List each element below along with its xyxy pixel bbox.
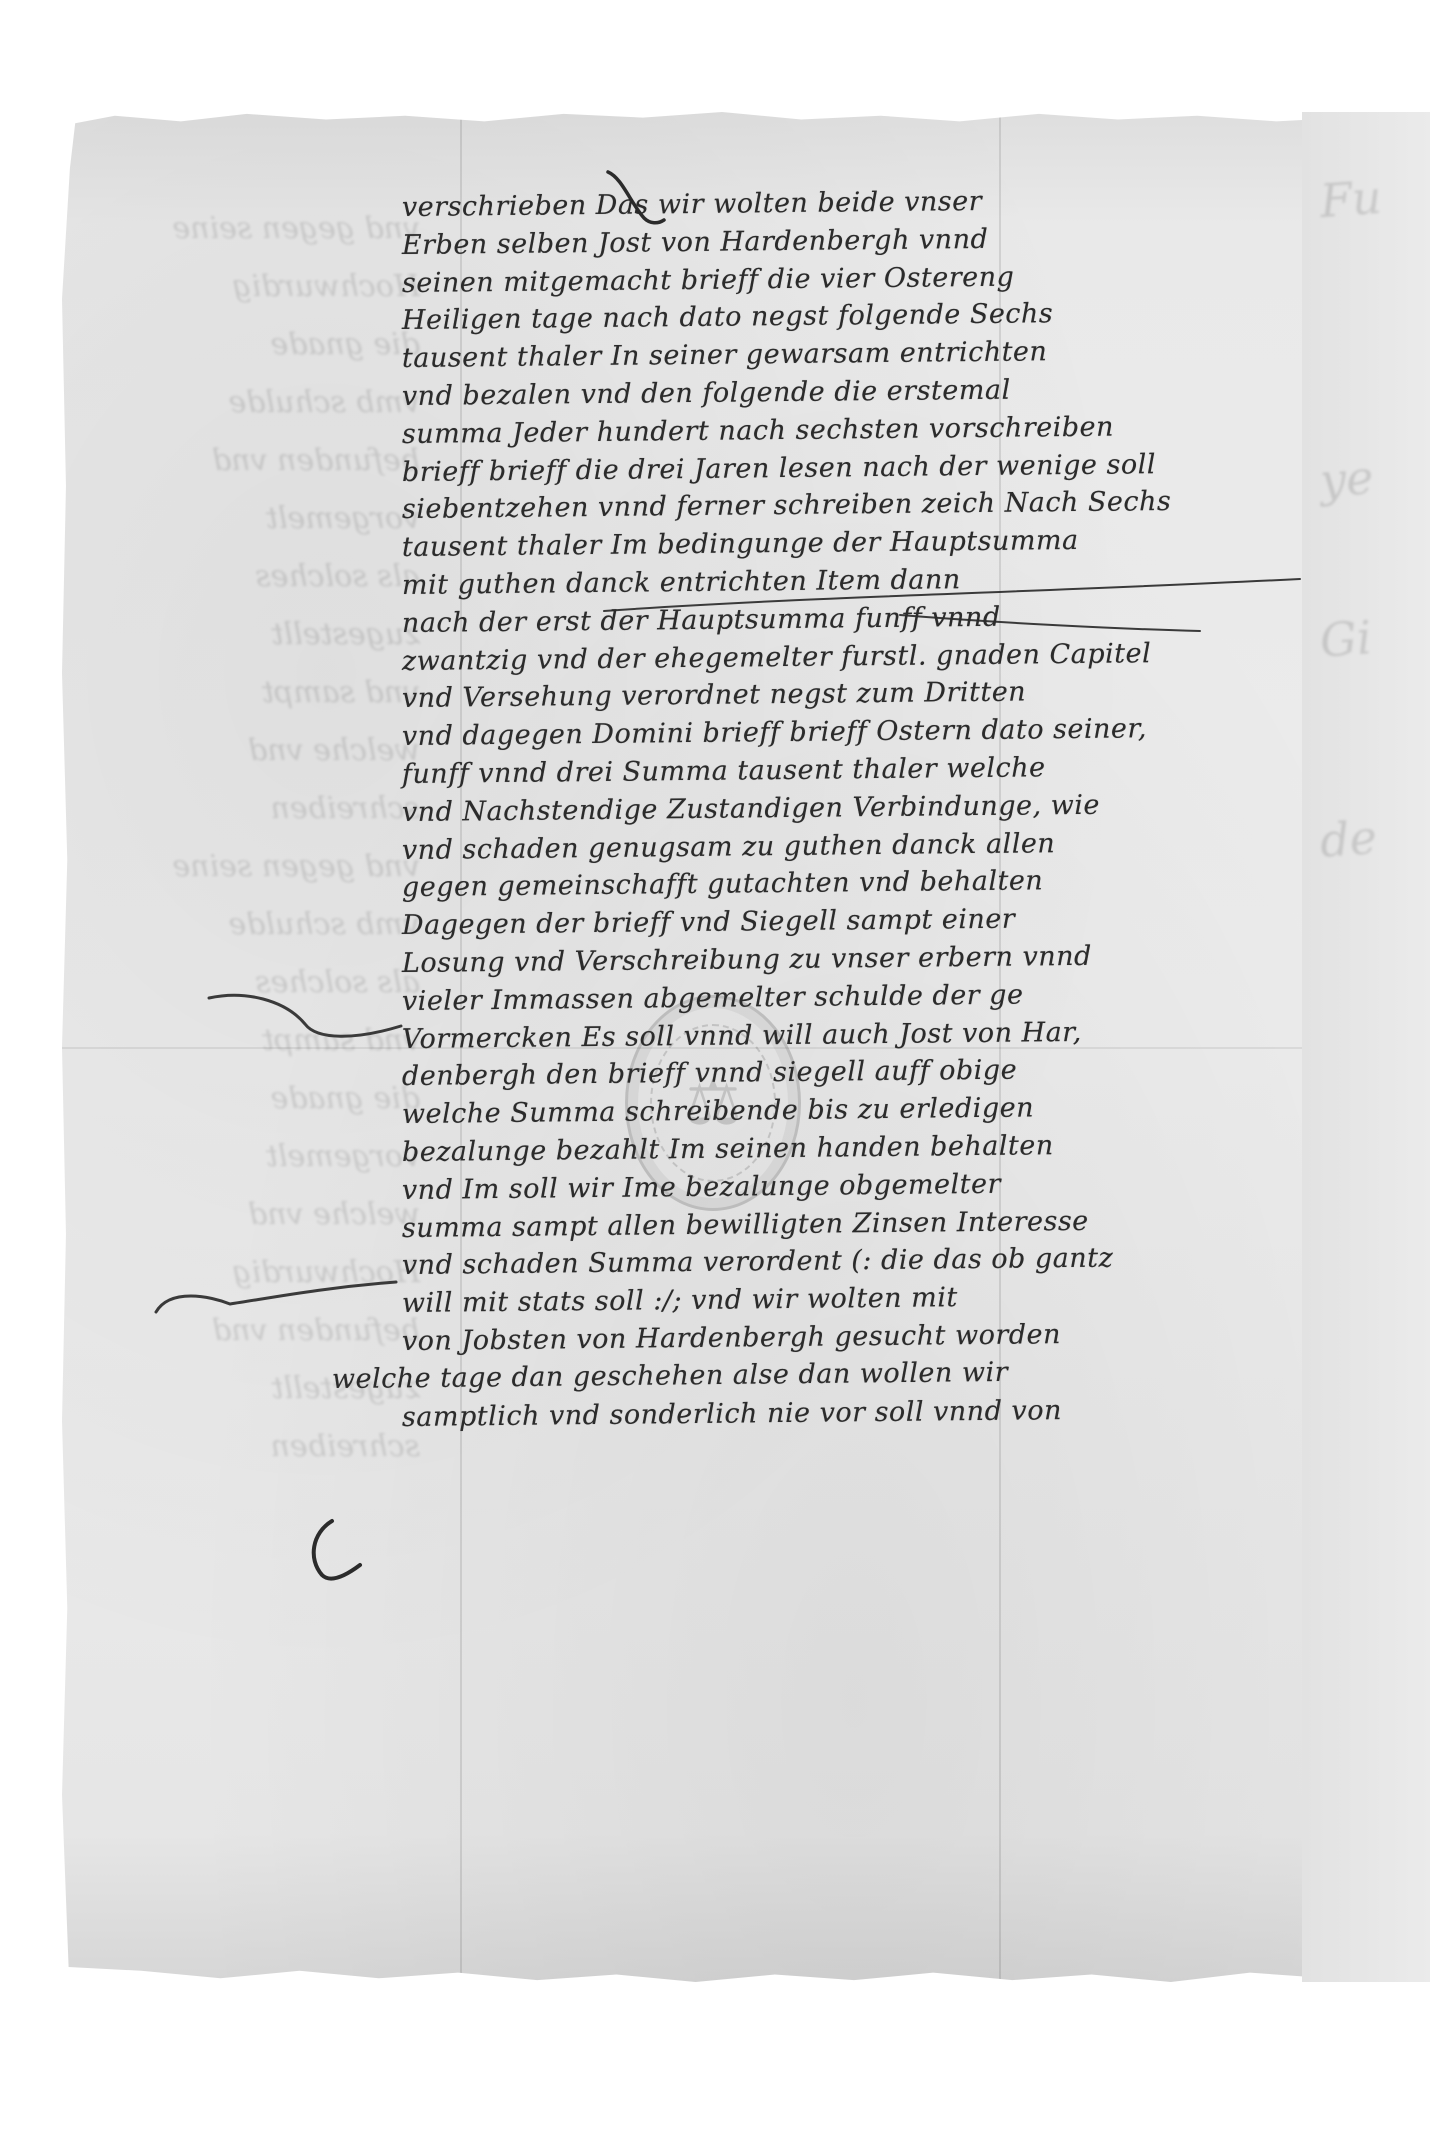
bleed-line: vnd gegen seine	[90, 838, 420, 896]
bleed-line: welche vnd	[90, 1186, 420, 1244]
adjacent-ghost-text: ye	[1318, 450, 1375, 508]
bleed-line: die gnade	[90, 316, 420, 374]
bleed-line: welche vnd	[90, 722, 420, 780]
bleed-line: vmb schulde	[90, 896, 420, 954]
bleed-line: vnd sampt	[90, 664, 420, 722]
bleed-line: befunden vnd	[90, 1302, 420, 1360]
verso-bleed-through: vnd gegen seine Hochwurdig die gnade vmb…	[90, 200, 420, 1476]
bleed-line: vmb schulde	[90, 374, 420, 432]
bleed-line: schreiben	[90, 780, 420, 838]
bleed-line: Hochwurdig	[90, 258, 420, 316]
adjacent-ghost-text: Gi	[1318, 610, 1373, 667]
bleed-line: befunden vnd	[90, 432, 420, 490]
bleed-line: vnd gegen seine	[90, 200, 420, 258]
bleed-line: die gnade	[90, 1070, 420, 1128]
bleed-line: Hochwurdig	[90, 1244, 420, 1302]
bleed-line: schreiben	[90, 1418, 420, 1476]
manuscript-text-block: verschrieben Das wir wolten beide vnser …	[402, 192, 1322, 1439]
bleed-line: vnd sampt	[90, 1012, 420, 1070]
adjacent-ghost-text: Fu	[1318, 170, 1383, 228]
bleed-line: vorgemelt	[90, 1128, 420, 1186]
bleed-line: vorgemelt	[90, 490, 420, 548]
bleed-line: als solches	[90, 548, 420, 606]
bleed-line: als solches	[90, 954, 420, 1012]
bleed-line: zugestellt	[90, 606, 420, 664]
adjacent-ghost-text: de	[1318, 810, 1378, 868]
